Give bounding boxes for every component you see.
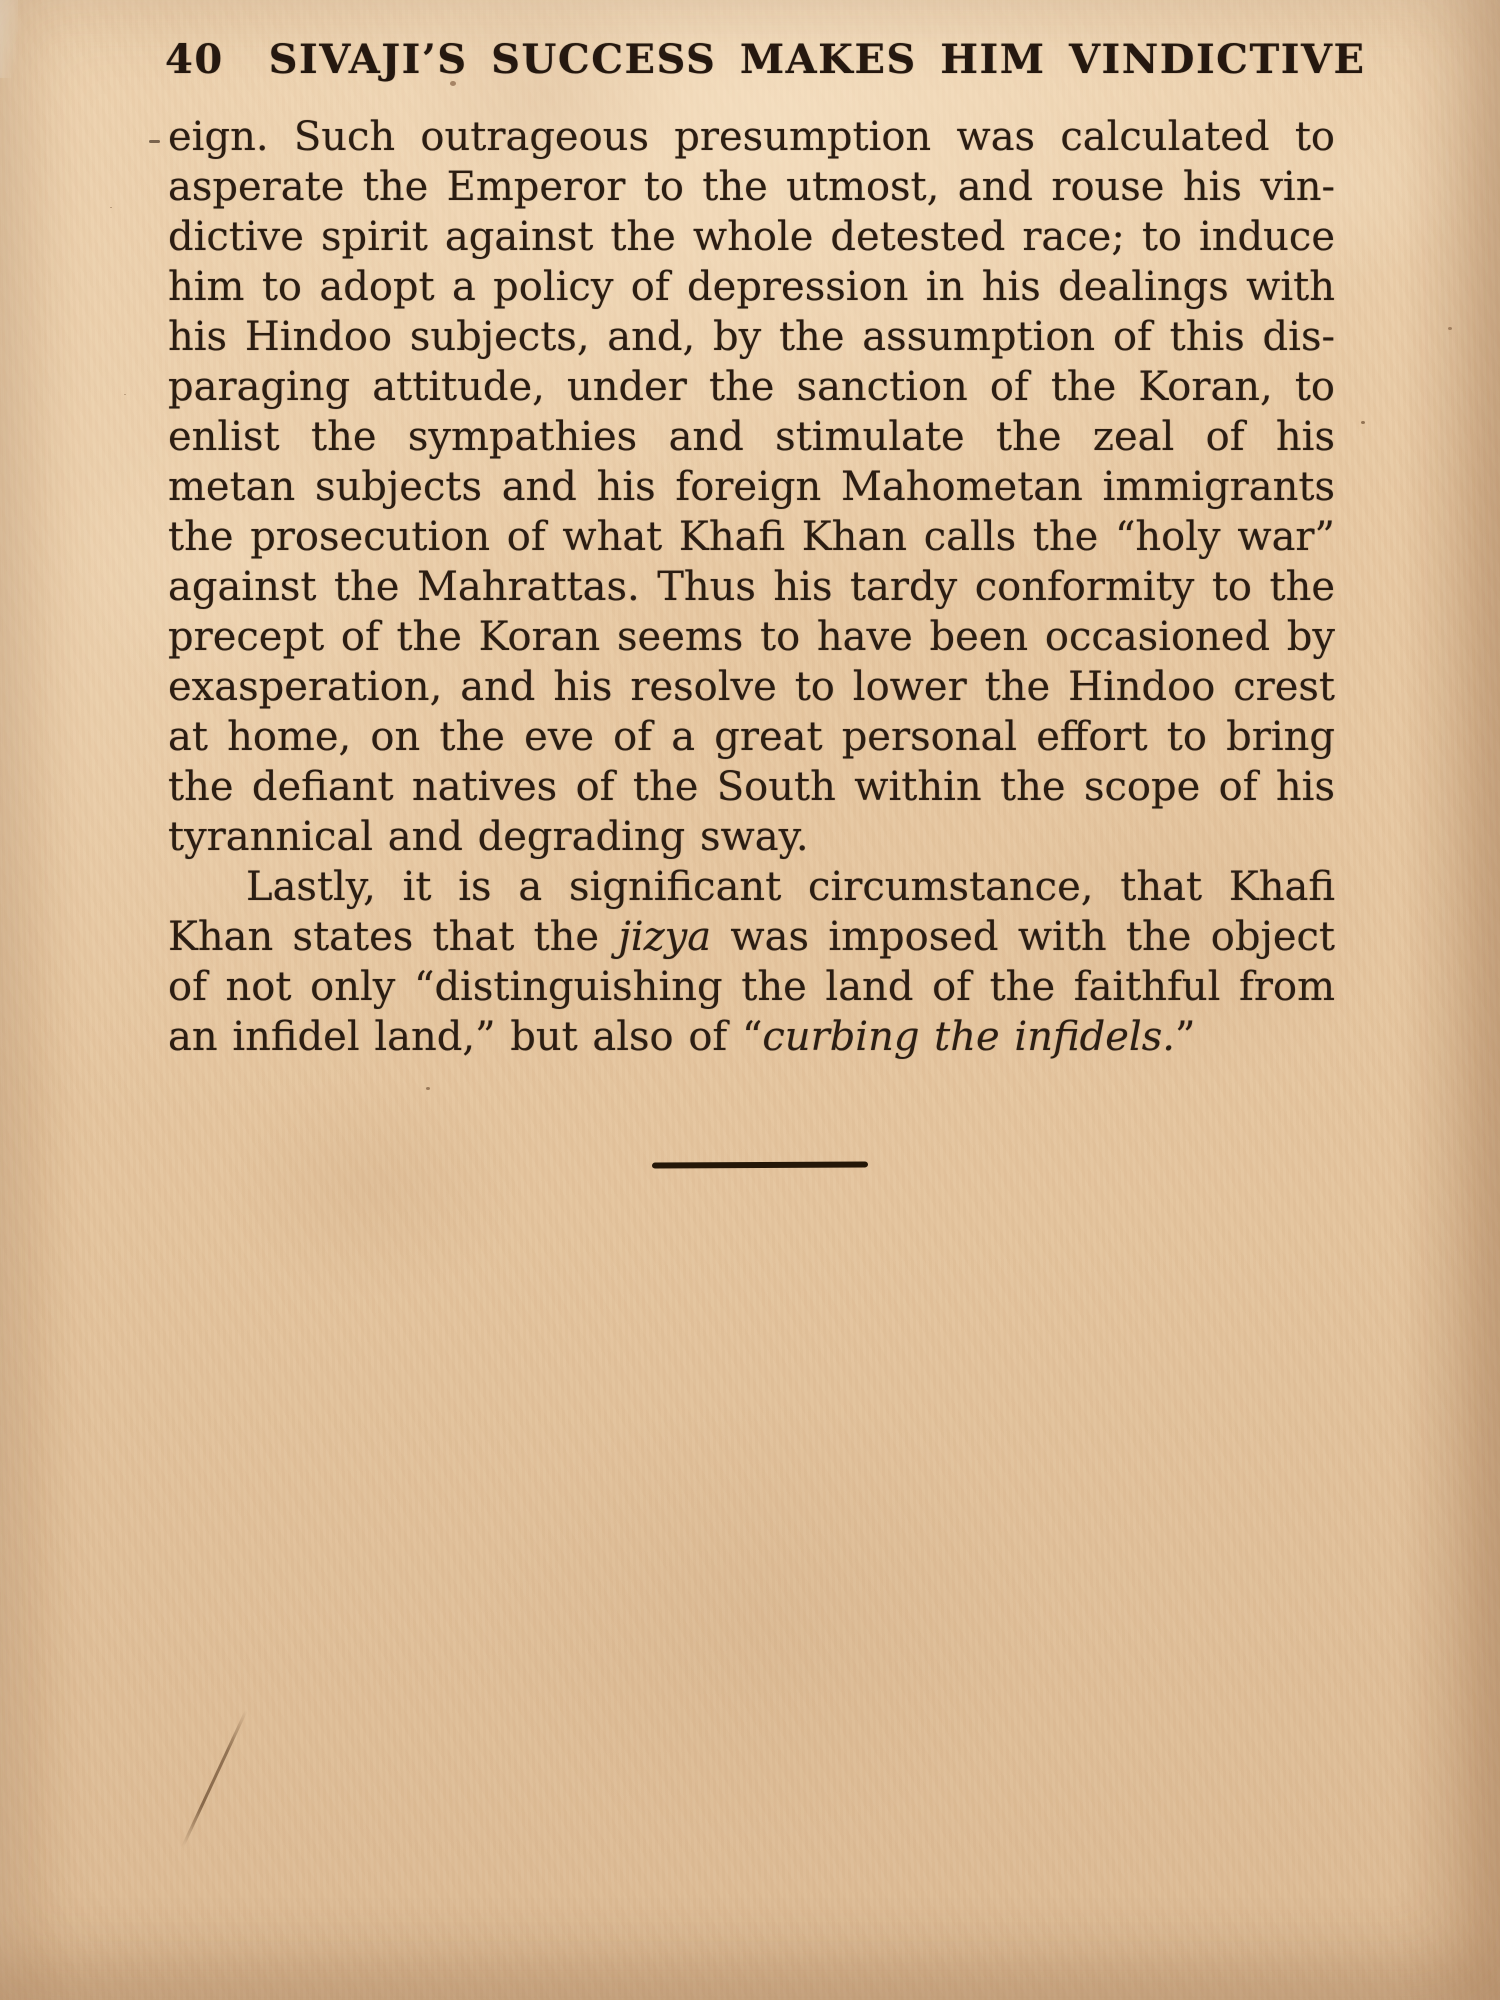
- text-line: enlist the sympathies and stimulate the …: [168, 412, 1335, 462]
- text-segment: exasperation, and his resolve to lower t…: [168, 664, 1335, 710]
- text-segment: an infidel land,” but also of “: [168, 1014, 762, 1060]
- text-line: Lastly, it is a significant circumstance…: [168, 862, 1335, 912]
- page-title: SIVAJI’S SUCCESS MAKES HIM VINDICTIVE: [269, 38, 1366, 82]
- body-text: eign. Such outrageous presumption was ca…: [168, 112, 1335, 1062]
- text-segment: precept of the Koran seems to have been …: [168, 614, 1335, 662]
- text-segment: ”: [1175, 1014, 1195, 1060]
- text-line: dictive spirit against the whole deteste…: [168, 212, 1335, 262]
- text-line: Khan states that the jizya was imposed w…: [168, 912, 1335, 962]
- text-line: against the Mahrattas. Thus his tardy co…: [168, 562, 1335, 612]
- text-segment: against the Mahrattas. Thus his tardy co…: [168, 564, 1335, 610]
- text-segment: paraging attitude, under the sanction of…: [168, 364, 1335, 410]
- text-line: the defiant natives of the South within …: [168, 762, 1335, 812]
- text-line: his Hindoo subjects, and, by the assumpt…: [168, 312, 1335, 362]
- running-header: 40 SIVAJI’S SUCCESS MAKES HIM VINDICTIVE: [165, 38, 1366, 82]
- scratch-mark: [181, 1709, 248, 1847]
- text-segment: dictive spirit against the whole deteste…: [168, 214, 1335, 260]
- text-segment: at home, on the eve of a great personal …: [168, 714, 1335, 760]
- text-line: him to adopt a policy of depression in h…: [168, 262, 1335, 312]
- section-divider-rule: [652, 1161, 868, 1168]
- ink-mark: [149, 140, 160, 143]
- text-line: asperate the Emperor to the utmost, and …: [168, 162, 1335, 212]
- text-segment: Lastly, it is a significant circumstance…: [246, 864, 1335, 910]
- text-line: of not only “distinguishing the land of …: [168, 962, 1335, 1012]
- text-segment: the prosecution of what Khafi Khan calls…: [168, 514, 1335, 560]
- text-segment: was imposed with the object: [711, 914, 1335, 960]
- text-segment: metan subjects and his foreign Mahometan…: [168, 464, 1335, 512]
- text-line: precept of the Koran seems to have been …: [168, 612, 1335, 662]
- text-segment: him to adopt a policy of depression in h…: [168, 264, 1335, 310]
- text-line: metan subjects and his foreign Mahometan…: [168, 462, 1335, 512]
- page-edge-highlight: [0, 0, 18, 78]
- text-line: exasperation, and his resolve to lower t…: [168, 662, 1335, 712]
- text-segment: of not only “distinguishing the land of …: [168, 964, 1335, 1010]
- page-number: 40: [165, 38, 224, 82]
- text-line: at home, on the eve of a great personal …: [168, 712, 1335, 762]
- text-segment: asperate the Emperor to the utmost, and …: [168, 164, 1335, 210]
- text-segment: enlist the sympathies and stimulate the …: [168, 414, 1335, 462]
- text-segment: Khan states that the: [168, 914, 618, 960]
- text-segment: the defiant natives of the South within …: [168, 764, 1335, 810]
- paragraph: eign. Such outrageous presumption was ca…: [168, 112, 1335, 862]
- italic-text: curbing the infidels.: [762, 1014, 1175, 1060]
- text-segment: eign. Such outrageous presumption was ca…: [168, 114, 1335, 162]
- text-segment: tyrannical and degrading sway.: [168, 814, 809, 860]
- text-line: the prosecution of what Khafi Khan calls…: [168, 512, 1335, 562]
- paper-specks: [450, 81, 456, 86]
- text-line: eign. Such outrageous presumption was ca…: [168, 112, 1335, 162]
- text-segment: his Hindoo subjects, and, by the assumpt…: [168, 314, 1335, 360]
- text-line: paraging attitude, under the sanction of…: [168, 362, 1335, 412]
- paragraph: Lastly, it is a significant circumstance…: [168, 862, 1335, 1062]
- text-line: an infidel land,” but also of “curbing t…: [168, 1012, 1335, 1062]
- text-line: tyrannical and degrading sway.: [168, 812, 1335, 862]
- italic-text: jizya: [618, 914, 711, 960]
- book-page: 40 SIVAJI’S SUCCESS MAKES HIM VINDICTIVE…: [0, 0, 1500, 2000]
